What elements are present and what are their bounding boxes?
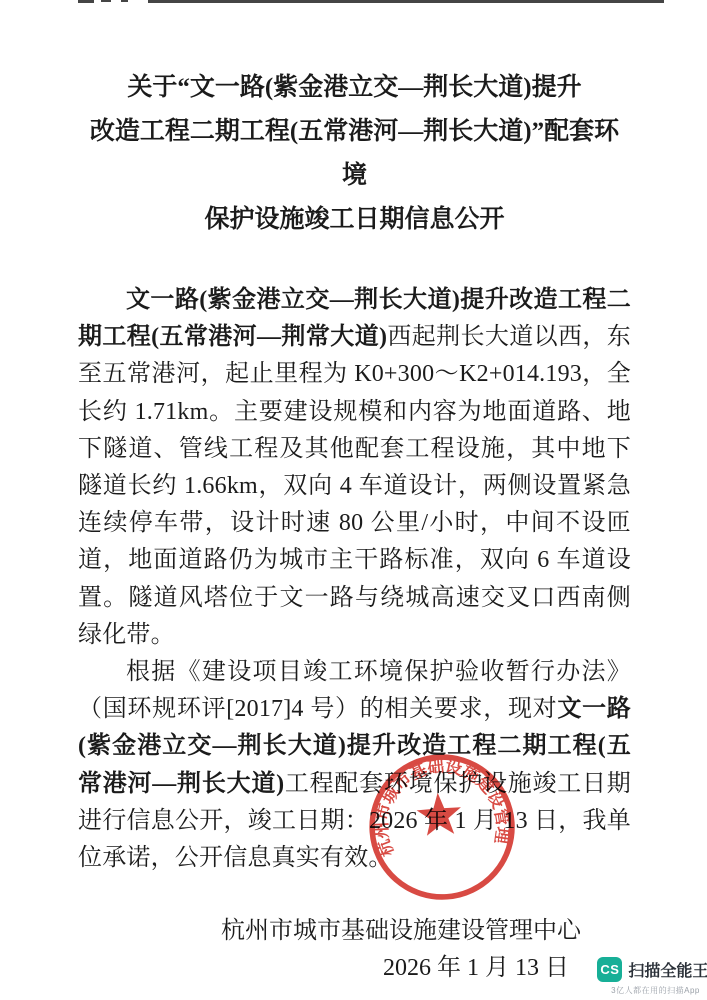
paragraph-1-text: 西起荆长大道以西，东至五常港河，起止里程为 K0+300～K2+014.193，… — [78, 324, 631, 648]
title-line-1: 关于“文一路(紫金港立交—荆长大道)提升 — [127, 74, 581, 101]
paragraph-1: 文一路(紫金港立交—荆长大道)提升改造工程二期工程(五常港河—荆常大道)西起荆长… — [78, 282, 631, 654]
title-line-2: 改造工程二期工程(五常港河—荆长大道)”配套环境 — [90, 118, 619, 189]
official-seal: 杭州市城市基础设施建设管理中心 — [361, 744, 523, 908]
scan-artifact-dash — [121, 0, 128, 2]
scan-artifact-dash — [78, 0, 94, 3]
seal-star-icon — [416, 791, 463, 836]
document-title: 关于“文一路(紫金港立交—荆长大道)提升改造工程二期工程(五常港河—荆长大道)”… — [78, 66, 631, 242]
scanned-document-page: 关于“文一路(紫金港立交—荆长大道)提升改造工程二期工程(五常港河—荆长大道)”… — [0, 0, 707, 1000]
scan-artifact-dash — [101, 0, 111, 2]
watermark-brand-text: 扫描全能王 — [628, 963, 707, 980]
watermark-brand-name: 扫描全能王® — [628, 958, 707, 981]
document-body: 关于“文一路(紫金港立交—荆长大道)提升改造工程二期工程(五常港河—荆长大道)”… — [78, 66, 631, 988]
signature-date: 2026 年 1 月 13 日 — [78, 950, 631, 987]
paragraph-2: 根据《建设项目竣工环境保护验收暂行办法》（国环规环评[2017]4 号）的相关要… — [78, 654, 631, 877]
signature-unit-name: 杭州市城市基础设施建设管理中心 — [78, 913, 631, 950]
scan-artifact-top-edge — [148, 0, 664, 3]
watermark-tagline: 3亿人都在用的扫描App — [611, 985, 700, 996]
camscanner-watermark: CS 扫描全能王® 3亿人都在用的扫描App — [608, 957, 703, 996]
paragraph-2-intro: 根据《建设项目竣工环境保护验收暂行办法》（国环规环评[2017]4 号）的相关要… — [78, 659, 631, 722]
camscanner-logo-icon: CS — [597, 957, 622, 982]
title-line-3: 保护设施竣工日期信息公开 — [204, 206, 504, 233]
signature-block: 杭州市城市基础设施建设管理中心 2026 年 1 月 13 日 — [78, 913, 631, 987]
watermark-row: CS 扫描全能王® — [597, 957, 707, 982]
